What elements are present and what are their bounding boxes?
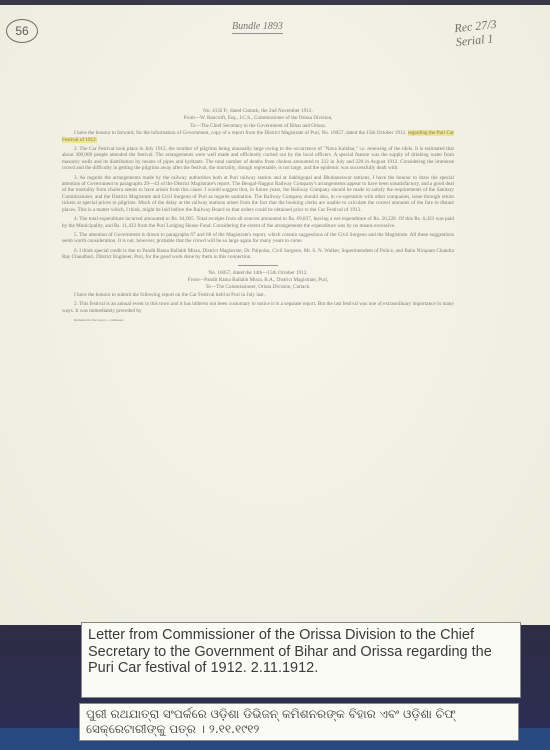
paragraph-5: 5. The attention of Government is drawn … <box>62 232 454 245</box>
english-caption: Letter from Commissioner of the Orissa D… <box>81 622 521 698</box>
letter-reference: No. 4132 P., dated Cuttack, the 2nd Nove… <box>62 108 454 114</box>
page-number: 56 <box>6 19 38 43</box>
letter-from: From—W. Bancroft, Esq., I.C.S., Commissi… <box>62 115 454 121</box>
paragraph-3: 3. As regards the arrangements made by t… <box>62 175 454 213</box>
second-letter-paragraph-2: 2. This festival is an annual event in t… <box>62 301 454 314</box>
handwritten-note-right: Rec 27/3 Serial 1 <box>454 17 499 49</box>
handwritten-note-top: Bundle 1893 <box>232 21 283 34</box>
second-letter-paragraph-1: I have the honour to submit the followin… <box>62 292 454 298</box>
second-letter-from: From—Pandit Rama Ballabh Misra, B.A., Di… <box>62 277 454 283</box>
margin-note: Remarks for the report—continued. <box>62 317 454 323</box>
paragraph-4: 4. The total expenditure incurred amount… <box>62 216 454 229</box>
second-letter-reference: No. 16057, dated the 14th—15th October 1… <box>62 270 454 276</box>
divider <box>238 265 278 266</box>
paragraph-6: 6. I think special credit is due to Pand… <box>62 248 454 261</box>
handwritten-line: Serial 1 <box>455 31 499 49</box>
letter-body: No. 4132 P., dated Cuttack, the 2nd Nove… <box>62 108 454 326</box>
letter-to: To—The Chief Secretary to the Government… <box>62 123 454 129</box>
paragraph-2: 2. The Car Festival took place in July 1… <box>62 146 454 172</box>
second-letter-to: To—The Commissioner, Orissa Division, Cu… <box>62 284 454 290</box>
paragraph-1: I have the honour to forward, for the in… <box>62 130 454 143</box>
odia-caption: ପୁରୀ ରଥଯାତ୍ରା ସଂପର୍କରେ ଓଡ଼ିଶା ଡିଭିଜନ୍ କମ… <box>79 703 519 741</box>
